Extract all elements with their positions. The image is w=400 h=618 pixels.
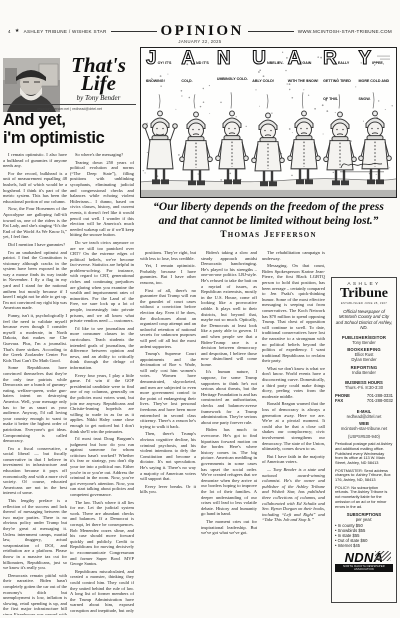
paragraph: This lengthy preface is a reflection of … [3, 498, 67, 571]
paragraph: Did I mention I have gummies? [3, 242, 67, 248]
author-bio: — Tony Bender is a state and national aw… [262, 467, 325, 523]
header-rule-right [248, 31, 294, 32]
cartoon-figure [288, 111, 321, 184]
cartoon-big-letter: J [146, 51, 158, 67]
issue-date: JANUARY 22, 2025 [0, 39, 400, 44]
paragraph: So where's the messaging? [70, 152, 134, 158]
paragraph: • Internet $45 [335, 543, 393, 548]
masthead-paper-name: Tribune [335, 287, 393, 300]
edition-label: ASHLEY TRIBUNE / WISHEK STAR [24, 29, 107, 34]
cartoon-big-letter: N [217, 51, 232, 67]
staff-role: PUBLISHER/EDITOR [335, 335, 393, 340]
page-number: 4 [8, 29, 11, 34]
cartoon-figure [324, 112, 357, 185]
subscription-rates: • In county $50• Snowbirds $55• In state… [335, 523, 393, 548]
usps-number: (USPS#530-940) [335, 434, 393, 439]
cartoon-figure [252, 113, 285, 186]
article-column-5-paragraphs: The rehabilitation campaign is underway.… [262, 250, 325, 465]
cartoon-letter-cell: YIPPEE, MORE COLD AND SNOW. [358, 51, 393, 105]
cartoon-figure [359, 111, 392, 184]
postmaster-notice: POSTMASTER: Send address changes to: Ash… [335, 469, 393, 483]
cartoon-letter-cell: REALLY GETTING TIRED OF THIS. [322, 51, 357, 105]
paragraph: The rehabilitation campaign is underway. [262, 250, 325, 261]
staff-name: Tony Bender [335, 340, 393, 345]
paragraph: Every four years, I play a little game. … [70, 373, 134, 435]
cartoon-letter-cell: UNBELIEV- ABLY COLD! [251, 51, 286, 105]
article-headline: And yet, i'm optimistic [3, 112, 136, 147]
masthead-established: ESTABLISHED JUNE 28, 1907 [335, 301, 393, 306]
paragraph: Messaging. On that count, Biden Spokespe… [262, 263, 325, 364]
paragraph: The moment cries out for inspirational l… [201, 519, 257, 536]
section-title: OPINION [161, 23, 244, 40]
cartoon-letter-cell: AND IT'S COLD. [180, 51, 215, 105]
ndna-logo-decoration [375, 551, 391, 561]
paragraph: Then, there's Trump's obvious cognitive … [140, 431, 196, 481]
cartoon-letters: JOY! IT'S SNOWING!AND IT'S COLD.NUMBINGL… [145, 51, 393, 105]
cartoon-letter-cell: JOY! IT'S SNOWING! [145, 51, 180, 105]
article-column-3: positions. They're right, but with less … [140, 250, 196, 616]
newspaper-page: 4 ★ ASHLEY TRIBUNE / WISHEK STAR OPINION… [0, 0, 400, 618]
web-address: mcintosh-star-tribune.net [335, 426, 393, 431]
columnist-contact-line: www.tonybender.net | redhead@drtel.net [3, 104, 136, 111]
paragraph: Every lever breaks. Or it kills you. [140, 484, 196, 495]
star-icon: ★ [15, 29, 20, 34]
cartoon-figure [216, 111, 249, 184]
paragraph: I'd like to see journalism and more cons… [70, 326, 134, 371]
cartoon-figure [143, 111, 178, 184]
article-column-5: The rehabilitation campaign is underway.… [262, 250, 325, 616]
cartoon-big-letter: U [252, 51, 267, 67]
policy-notice: POLICY: No subscription refunds. The Ash… [335, 486, 393, 510]
paragraph: What we don't know is what we don't know… [262, 366, 325, 400]
email-address: redhead@drtel.net [335, 414, 393, 419]
pull-quote-line1: “Our liberty depends on the freedom of t… [140, 201, 397, 215]
pull-quote-line2: and that cannot be limited without being… [140, 215, 397, 229]
paragraph: I'm an unabashed optimist and patriot. I… [3, 250, 67, 312]
cartoon-big-letter: Y [359, 51, 373, 67]
paragraph: positions. They're right, but with less … [140, 250, 196, 261]
headline-line2: i'm optimistic [3, 130, 136, 148]
cartoon-letter-cell: AGAIN WITH THE SNOW! [287, 51, 322, 105]
postage-notice: Periodical postage paid at Ashley and ad… [335, 442, 393, 466]
staff-name: Dylan Bender [335, 357, 393, 362]
ndna-logo-subtext: NORTH DAKOTA NEWSPAPER ASSOCIATION [335, 564, 393, 572]
paragraph: Ronald Reagan warned that the loss of de… [262, 401, 325, 451]
paragraph: But I have faith in the majority of Amer… [262, 454, 325, 465]
paragraph: The law. That's where it all lies for me… [70, 500, 134, 567]
paragraph: Biden has much to overcome. He's got to … [201, 427, 257, 517]
pull-quote-attribution: Thomas Jefferson [140, 229, 397, 243]
ndna-logo: NDNA NORTH DAKOTA NEWSPAPER ASSOCIATION [335, 552, 393, 573]
paragraph: It's human nature, I suppose, for some T… [201, 369, 257, 425]
cartoon-figures [143, 111, 392, 186]
paragraph: Trump's Supreme Court appointments and t… [140, 351, 196, 429]
paragraph: Yet, I remain optimistic. Probably becau… [140, 263, 196, 285]
header-rule-left [111, 31, 157, 32]
cartoon-big-letter: R [323, 51, 338, 67]
article-column-4: Biden's taking a slow and steady approac… [201, 250, 257, 616]
pull-quote: “Our liberty depends on the freedom of t… [140, 201, 397, 243]
paragraph: Do we teach civics anymore or are we sti… [70, 240, 134, 324]
paragraph: Now, the Four Horsemen of the Apocalypse… [3, 206, 67, 240]
paragraph: First of all, there's no guarantee that … [140, 288, 196, 350]
paragraph: Tearing down 250 years of political evol… [70, 160, 134, 238]
article-column-1: I remain optimistic. I also have a bulkh… [3, 152, 67, 615]
fax-number: 701-288-0032 [367, 398, 393, 403]
editorial-cartoon-panel: JOY! IT'S SNOWING!AND IT'S COLD.NUMBINGL… [140, 47, 397, 198]
paragraph: Democrats remain pitiful with their narr… [3, 573, 67, 615]
fax-label: FAX [335, 398, 343, 403]
cartoon-letter-cell: NUMBINGLY COLD. [216, 51, 251, 105]
paragraph: Republicans miscalculated, and created a… [70, 569, 134, 615]
masthead-box: ASHLEY Tribune ESTABLISHED JUNE 28, 1907… [331, 277, 397, 603]
paragraph: For the record, bulkhead is a unit of me… [3, 171, 67, 205]
cartoon-big-letter: A [288, 51, 303, 67]
cartoon-big-letter: A [181, 51, 196, 67]
masthead-official-text: Official Newspaper of McIntosh County an… [335, 309, 393, 331]
paragraph: I'm a fiscal conservative, a social libe… [3, 446, 67, 496]
website-url: WWW.MCINTOSH-STAR-TRIBUNE.COM [298, 29, 392, 34]
column-byline: by Tony Bender [61, 94, 136, 102]
paragraph: Biden's taking a slow and steady approac… [201, 250, 257, 367]
paragraph: I remain optimistic. I also have a bulkh… [3, 152, 67, 169]
subscriptions-sublabel: per year: [335, 517, 393, 522]
paragraph: Some Republicans have convinced themselv… [3, 365, 67, 443]
column-title-block: That's Life by Tony Bender [61, 55, 136, 102]
article-column-2: So where's the messaging?Tearing down 25… [70, 152, 134, 615]
page-header: 4 ★ ASHLEY TRIBUNE / WISHEK STAR OPINION… [8, 24, 392, 38]
paragraph: Funny, isn't it, psychologically I feel … [3, 313, 67, 363]
paragraph: I'd most trust Doug Burgum's judgment bu… [70, 436, 134, 498]
cartoon-figure [180, 112, 213, 185]
headline-line1: And yet, [3, 112, 136, 130]
cartoon-caption: UMBINGLY COLD. [217, 75, 248, 81]
